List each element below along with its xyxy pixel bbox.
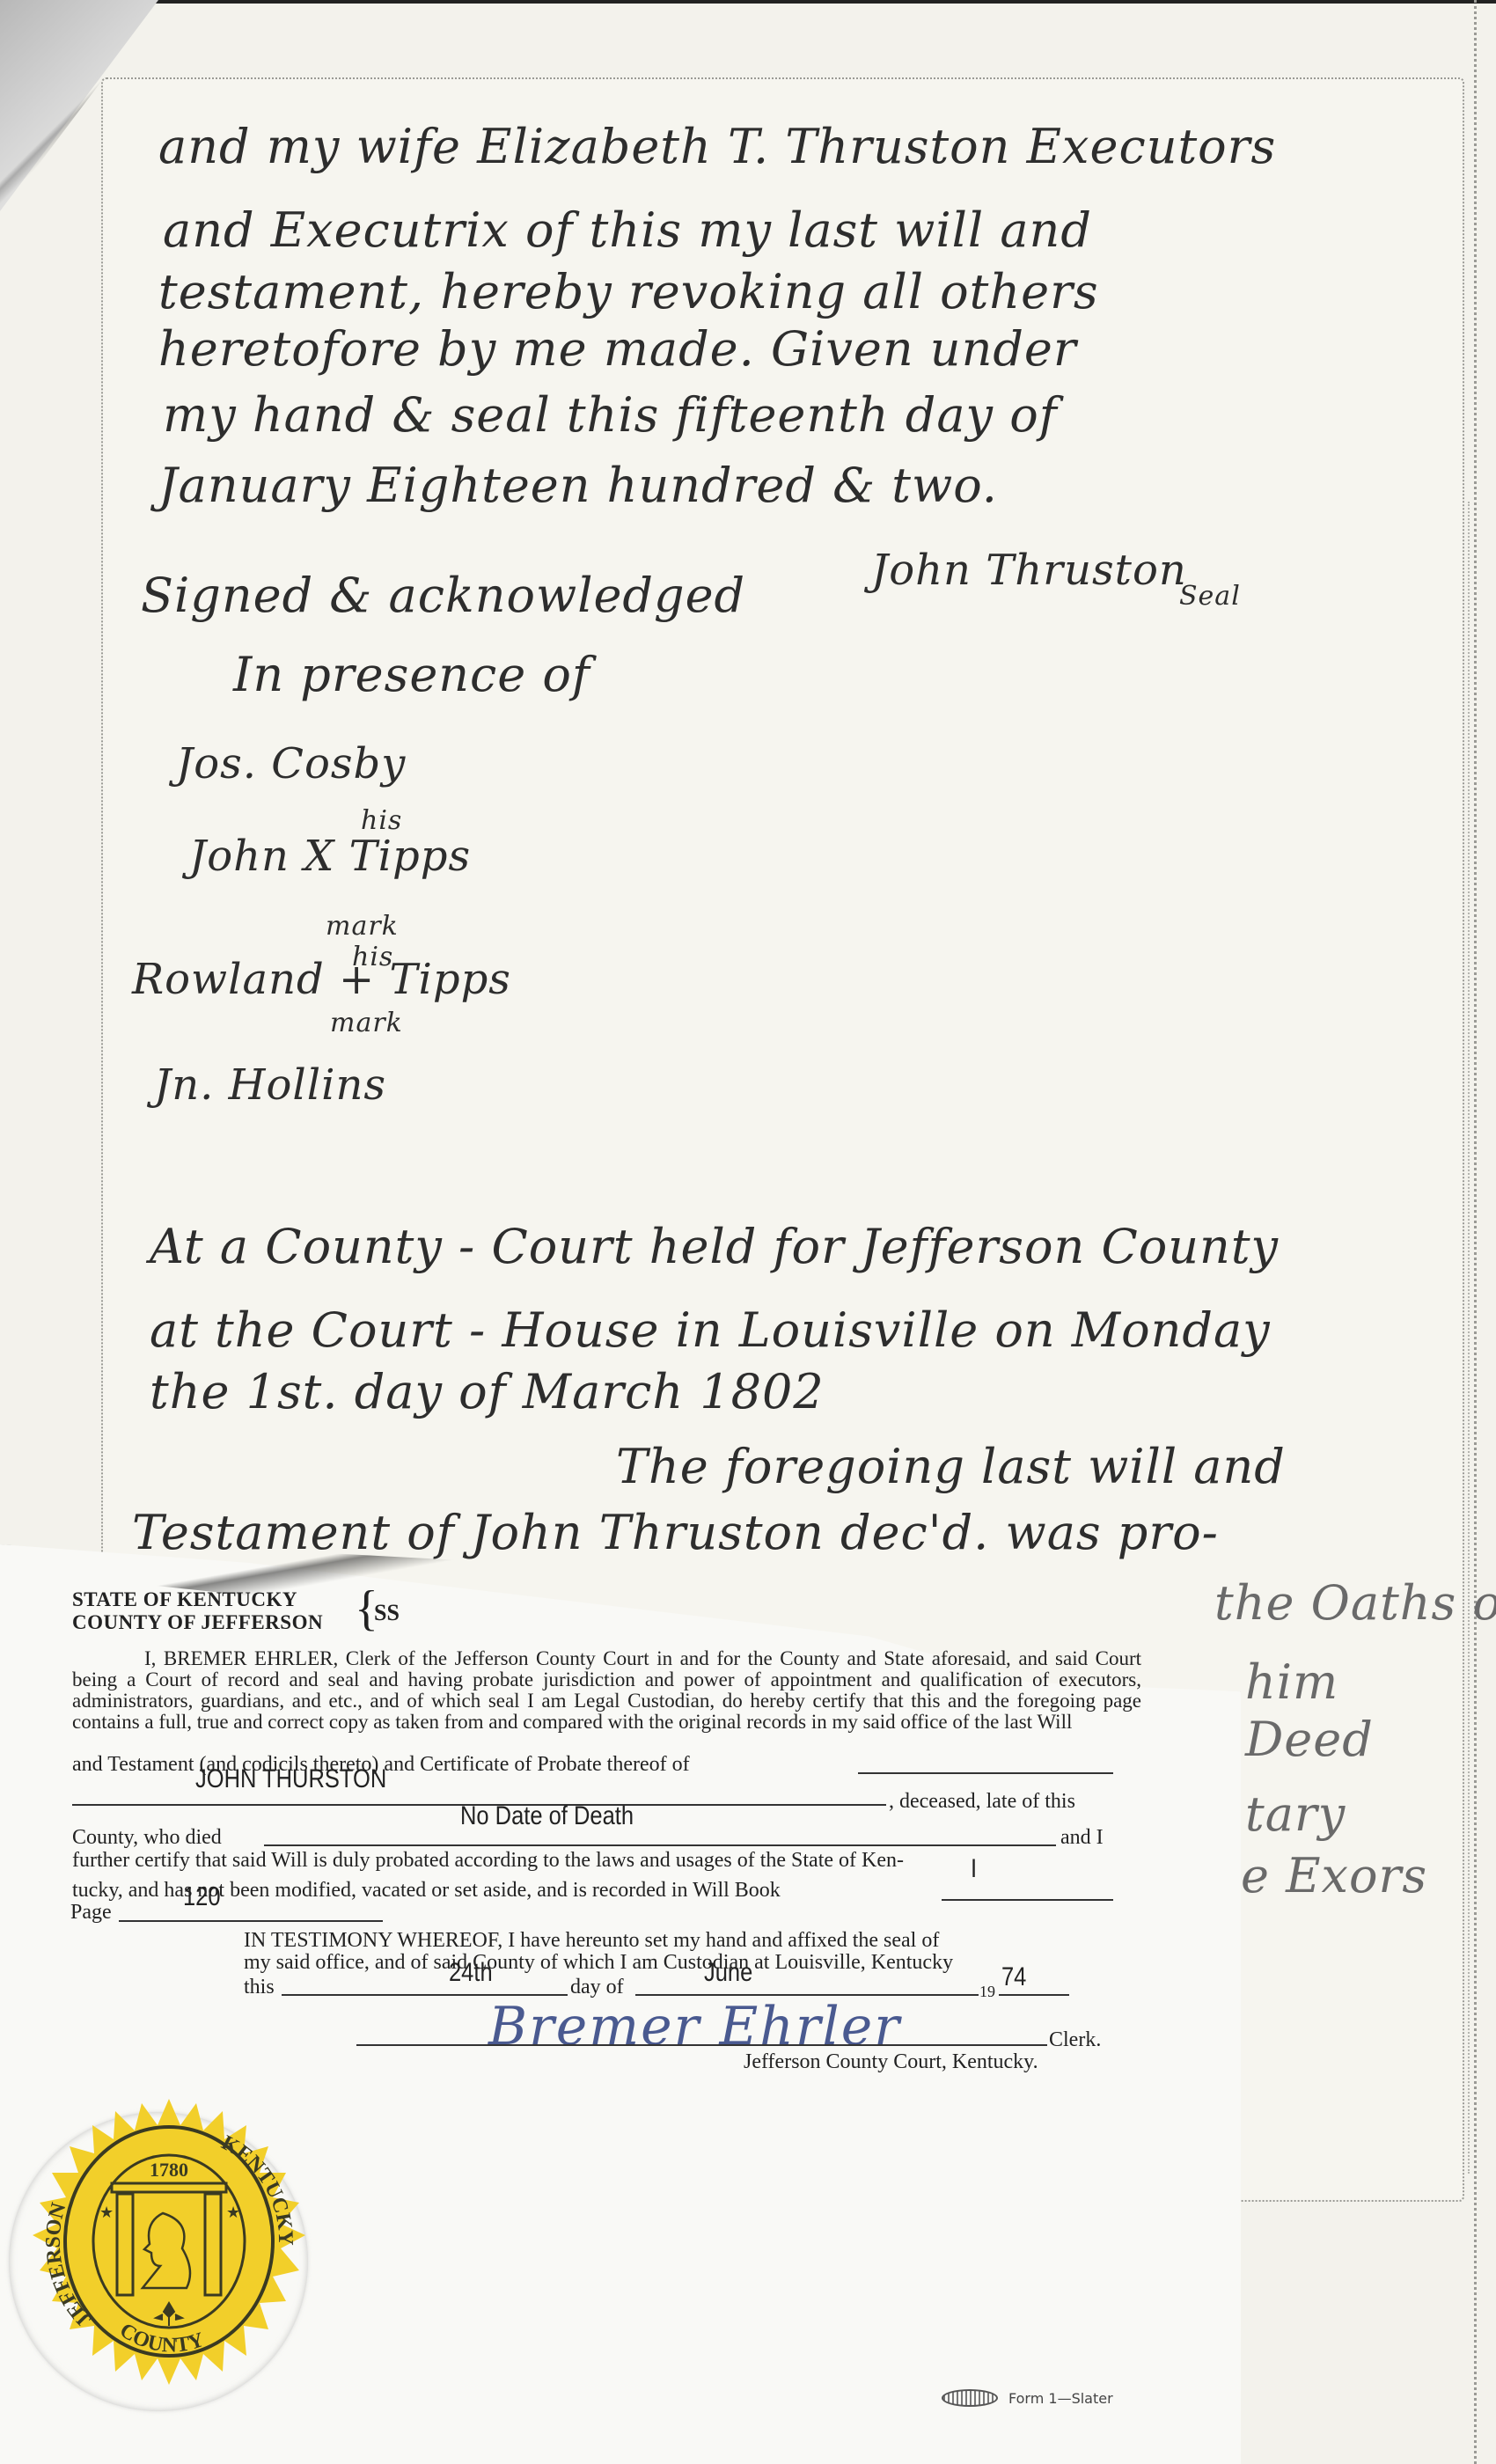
- signed-acknowledged-label: Signed & acknowledged: [141, 568, 745, 623]
- witness-mark-label: mark: [326, 911, 399, 942]
- obscured-fragment: the Oaths of: [1214, 1575, 1496, 1631]
- date-of-death: No Date of Death: [460, 1801, 634, 1831]
- obscured-fragment: tary: [1245, 1786, 1346, 1842]
- clerk-label: Clerk.: [1049, 2028, 1101, 2051]
- ss-label: SS: [374, 1602, 400, 1624]
- county-seal-icon: 1780 JEFFERSON COUNTY KENTUCKY ★ ★: [31, 2099, 308, 2385]
- page-number-line: [119, 1920, 383, 1922]
- will-line: and Executrix of this my last will and: [163, 202, 1092, 258]
- further-certify-line: further certify that said Will is duly p…: [72, 1849, 1115, 1872]
- certificate-state-heading: STATE OF KENTUCKY: [72, 1588, 297, 1611]
- witness-signature: Rowland + Tipps: [132, 955, 511, 1004]
- printer-logo-icon: [942, 2389, 998, 2407]
- witness-mark-label: mark: [330, 1008, 403, 1038]
- date-of-death-line: [264, 1844, 1056, 1846]
- will-line: heretofore by me made. Given under: [158, 321, 1077, 377]
- testimony-line: my said office, and of said County of wh…: [244, 1951, 953, 1974]
- svg-text:1780: 1780: [150, 2159, 188, 2181]
- page-edge-rule: [1474, 0, 1479, 2464]
- day-value: 24th: [449, 1958, 493, 1988]
- svg-text:★: ★: [99, 2204, 114, 2221]
- fill-line: [858, 1772, 1113, 1774]
- court-line: At a County - Court held for Jefferson C…: [150, 1219, 1279, 1274]
- this-label: this: [244, 1976, 275, 1998]
- court-line: The foregoing last will and: [616, 1439, 1286, 1494]
- page-label: Page: [70, 1901, 112, 1924]
- will-line: my hand & seal this fifteenth day of: [163, 387, 1058, 443]
- decedent-name: JOHN THURSTON: [195, 1764, 386, 1794]
- in-presence-of-label: In presence of: [233, 647, 590, 702]
- page-number: 120: [183, 1882, 221, 1912]
- year-prefix: 19: [979, 1980, 995, 2003]
- and-i-label: and I: [1060, 1826, 1104, 1849]
- will-line: testament, hereby revoking all others: [158, 264, 1099, 319]
- certificate-county-heading: COUNTY OF JEFFERSON: [72, 1611, 323, 1634]
- will-line: January Eighteen hundred & two.: [158, 458, 998, 513]
- seal-mark: Seal: [1179, 581, 1241, 612]
- manuscript-rule: [1466, 502, 1470, 2174]
- testimony-line: IN TESTIMONY WHEREOF, I have hereunto se…: [244, 1929, 939, 1952]
- clerk-signature: Bremer Ehrler: [488, 1996, 901, 2057]
- court-line: Testament of John Thruston dec'd. was pr…: [132, 1505, 1219, 1560]
- form-number: Form 1—Slater: [1008, 2390, 1113, 2407]
- scanner-edge: [0, 0, 1496, 4]
- obscured-fragment: Deed: [1245, 1712, 1374, 1767]
- certificate-intro-paragraph: I, BREMER EHRLER, Clerk of the Jefferson…: [72, 1648, 1141, 1733]
- witness-signature: Jn. Hollins: [154, 1060, 386, 1110]
- court-line: the 1st. day of March 1802: [150, 1364, 825, 1419]
- will-book-line-fill: [942, 1899, 1113, 1901]
- witness-signature: Jos. Cosby: [176, 739, 406, 788]
- month-value: June: [704, 1958, 752, 1988]
- year-value: 74: [1001, 1962, 1026, 1992]
- clerk-signature-line: [356, 2044, 1047, 2046]
- deceased-label: , deceased, late of this: [889, 1790, 1075, 1813]
- court-name: Jefferson County Court, Kentucky.: [744, 2050, 1038, 2073]
- obscured-fragment: him: [1245, 1654, 1338, 1710]
- will-book-number: I: [971, 1854, 977, 1884]
- testator-signature: John Thruston: [871, 546, 1187, 595]
- form-label: Form 1—Slater: [942, 2389, 1113, 2407]
- will-line: and my wife Elizabeth T. Thruston Execut…: [158, 119, 1276, 174]
- county-who-died-label: County, who died: [72, 1826, 222, 1849]
- court-line: at the Court - House in Louisville on Mo…: [150, 1302, 1271, 1358]
- will-book-line: tucky, and has not been modified, vacate…: [72, 1879, 781, 1902]
- witness-signature: John X Tipps: [189, 832, 471, 881]
- year-line: [999, 1994, 1069, 1996]
- svg-text:★: ★: [226, 2204, 240, 2221]
- obscured-fragment: e Exors: [1241, 1848, 1427, 1903]
